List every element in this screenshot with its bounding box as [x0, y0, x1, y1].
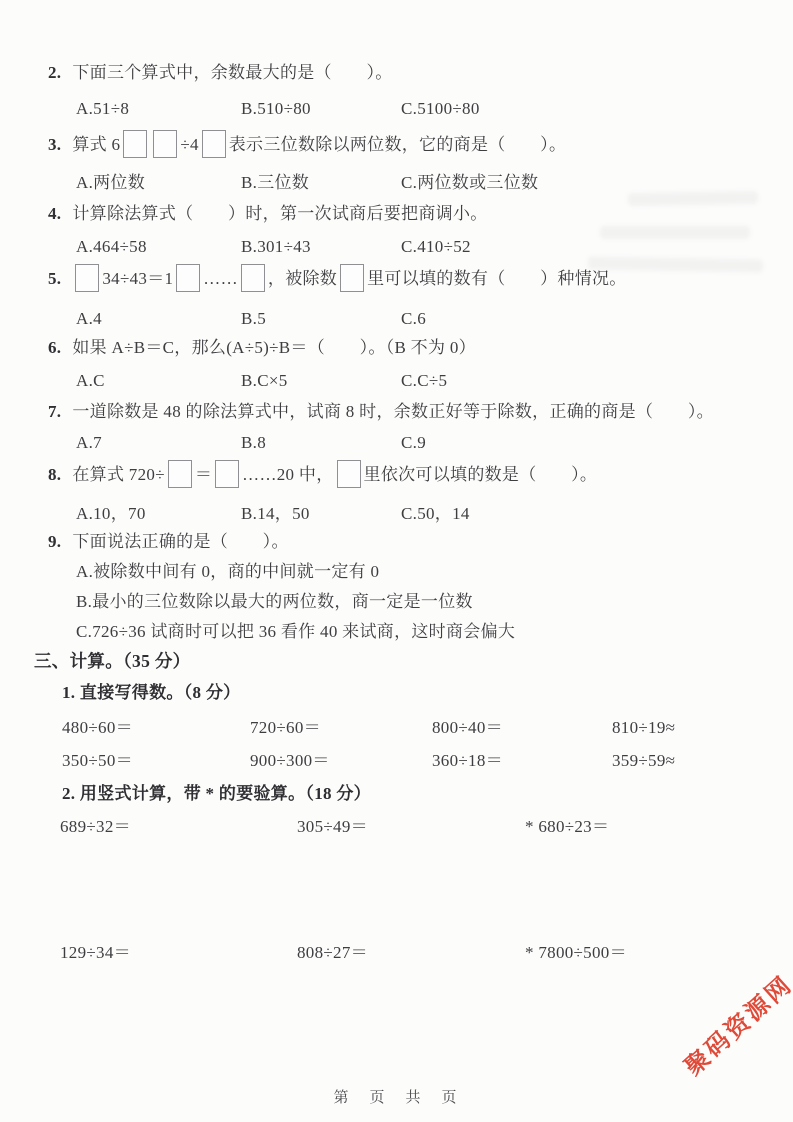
- question-7-number: 7.: [48, 402, 61, 421]
- option-b: B.14，50: [241, 503, 401, 525]
- question-2-options: A.51÷8 B.510÷80 C.5100÷80: [48, 98, 777, 120]
- question-9-stem: 下面说法正确的是（ ）。: [72, 532, 288, 551]
- calc-item: 800÷40＝: [432, 717, 612, 739]
- question-3-options: A.两位数 B.三位数 C.两位数或三位数: [48, 172, 777, 194]
- option-b: B.301÷43: [241, 236, 401, 258]
- question-3-number: 3.: [48, 135, 61, 154]
- option-a: A.4: [76, 308, 241, 330]
- question-9-option-a: A.被除数中间有 0，商的中间就一定有 0: [48, 561, 777, 583]
- calc-item: 808÷27＝: [297, 942, 525, 964]
- worksheet-page: 2.下面三个算式中，余数最大的是（ ）。 A.51÷8 B.510÷80 C.5…: [0, 0, 793, 1122]
- question-2-number: 2.: [48, 63, 61, 82]
- question-4-number: 4.: [48, 204, 61, 223]
- option-a: A.两位数: [76, 172, 241, 194]
- option-b: B.8: [241, 432, 401, 454]
- oral-calc-row-1: 480÷60＝ 720÷60＝ 800÷40＝ 810÷19≈: [48, 717, 777, 739]
- option-c: C.C÷5: [401, 370, 777, 392]
- question-5: 5.34÷43＝1……，被除数里可以填的数有（ ）种情况。: [48, 264, 777, 294]
- oral-calc-title: 1. 直接写得数。（8 分）: [48, 682, 777, 704]
- option-c: C.410÷52: [401, 236, 777, 258]
- oral-calc-row-2: 350÷50＝ 900÷300＝ 360÷18＝ 359÷59≈: [48, 750, 777, 772]
- question-4-options: A.464÷58 B.301÷43 C.410÷52: [48, 236, 777, 258]
- calc-item: * 680÷23＝: [525, 816, 777, 838]
- question-5-stem-part: ，被除数: [268, 269, 337, 288]
- question-8-stem-part: 里依次可以填的数是（ ）。: [364, 465, 598, 484]
- calc-item: 810÷19≈: [612, 717, 777, 739]
- calc-item: 359÷59≈: [612, 750, 777, 772]
- answer-box: [176, 264, 200, 292]
- calc-item: 720÷60＝: [250, 717, 432, 739]
- answer-box: [215, 460, 239, 488]
- answer-box: [75, 264, 99, 292]
- question-8: 8.在算式 720÷＝……20 中，里依次可以填的数是（ ）。: [48, 460, 777, 490]
- question-7-options: A.7 B.8 C.9: [48, 432, 777, 454]
- question-3-stem-part: ÷4: [180, 135, 198, 154]
- option-b: B.5: [241, 308, 401, 330]
- question-5-number: 5.: [48, 269, 61, 288]
- question-4: 4.计算除法算式（ ）时，第一次试商后要把商调小。: [48, 203, 777, 225]
- option-c: C.9: [401, 432, 777, 454]
- question-9-option-b: B.最小的三位数除以最大的两位数，商一定是一位数: [48, 591, 777, 613]
- answer-box: [337, 460, 361, 488]
- question-2: 2.下面三个算式中，余数最大的是（ ）。: [48, 62, 777, 84]
- calc-item: 350÷50＝: [62, 750, 250, 772]
- answer-box: [168, 460, 192, 488]
- question-9: 9.下面说法正确的是（ ）。: [48, 531, 777, 553]
- option-c: C.5100÷80: [401, 98, 777, 120]
- answer-box: [340, 264, 364, 292]
- question-7-stem: 一道除数是 48 的除法算式中，试商 8 时，余数正好等于除数，正确的商是（ ）…: [72, 402, 714, 421]
- question-6-stem: 如果 A÷B＝C，那么(A÷5)÷B＝（ ）。（B 不为 0）: [72, 338, 476, 357]
- option-a: A.464÷58: [76, 236, 241, 258]
- question-5-stem-part: 34÷43＝1: [102, 269, 173, 288]
- question-9-number: 9.: [48, 532, 61, 551]
- calc-item: 900÷300＝: [250, 750, 432, 772]
- option-b: B.510÷80: [241, 98, 401, 120]
- calc-item: 480÷60＝: [62, 717, 250, 739]
- question-3-stem-part: 表示三位数除以两位数，它的商是（ ）。: [229, 135, 567, 154]
- question-5-stem-part: 里可以填的数有（ ）种情况。: [367, 269, 627, 288]
- question-4-stem: 计算除法算式（ ）时，第一次试商后要把商调小。: [72, 204, 487, 223]
- site-watermark: 聚码资源网: [662, 954, 793, 1094]
- question-9-option-c: C.726÷36 试商时可以把 36 看作 40 来试商，这时商会偏大: [48, 621, 777, 643]
- answer-box: [153, 130, 177, 158]
- question-6: 6.如果 A÷B＝C，那么(A÷5)÷B＝（ ）。（B 不为 0）: [48, 337, 777, 359]
- section-3-title: 三、计算。（35 分）: [34, 650, 777, 672]
- option-b: B.三位数: [241, 172, 401, 194]
- answer-box: [241, 264, 265, 292]
- vertical-calc-row-1: 689÷32＝ 305÷49＝ * 680÷23＝: [48, 816, 777, 838]
- question-5-options: A.4 B.5 C.6: [48, 308, 777, 330]
- vertical-calc-row-2: 129÷34＝ 808÷27＝ * 7800÷500＝: [48, 942, 777, 964]
- option-c: C.两位数或三位数: [401, 172, 777, 194]
- calc-item: 360÷18＝: [432, 750, 612, 772]
- option-a: A.7: [76, 432, 241, 454]
- option-a: A.51÷8: [76, 98, 241, 120]
- question-8-options: A.10，70 B.14，50 C.50，14: [48, 503, 777, 525]
- calc-item: 129÷34＝: [60, 942, 297, 964]
- vertical-calc-title: 2. 用竖式计算，带 * 的要验算。（18 分）: [48, 783, 777, 805]
- question-3-stem-part: 算式 6: [72, 135, 120, 154]
- question-2-stem: 下面三个算式中，余数最大的是（ ）。: [72, 63, 392, 82]
- calc-item: * 7800÷500＝: [525, 942, 777, 964]
- option-a: A.C: [76, 370, 241, 392]
- calc-item: 305÷49＝: [297, 816, 525, 838]
- question-7: 7.一道除数是 48 的除法算式中，试商 8 时，余数正好等于除数，正确的商是（…: [48, 401, 777, 423]
- question-3: 3.算式 6÷4表示三位数除以两位数，它的商是（ ）。: [48, 130, 777, 160]
- option-b: B.C×5: [241, 370, 401, 392]
- option-c: C.6: [401, 308, 777, 330]
- option-c: C.50，14: [401, 503, 777, 525]
- question-8-stem-part: ……20 中，: [242, 465, 333, 484]
- option-a: A.10，70: [76, 503, 241, 525]
- answer-box: [123, 130, 147, 158]
- question-8-number: 8.: [48, 465, 61, 484]
- question-6-number: 6.: [48, 338, 61, 357]
- question-8-stem-part: ＝: [195, 465, 212, 484]
- question-8-stem-part: 在算式 720÷: [72, 465, 164, 484]
- question-5-stem-part: ……: [203, 269, 238, 288]
- answer-box: [202, 130, 226, 158]
- calc-item: 689÷32＝: [60, 816, 297, 838]
- page-footer: 第 页 共 页: [0, 1086, 793, 1107]
- question-6-options: A.C B.C×5 C.C÷5: [48, 370, 777, 392]
